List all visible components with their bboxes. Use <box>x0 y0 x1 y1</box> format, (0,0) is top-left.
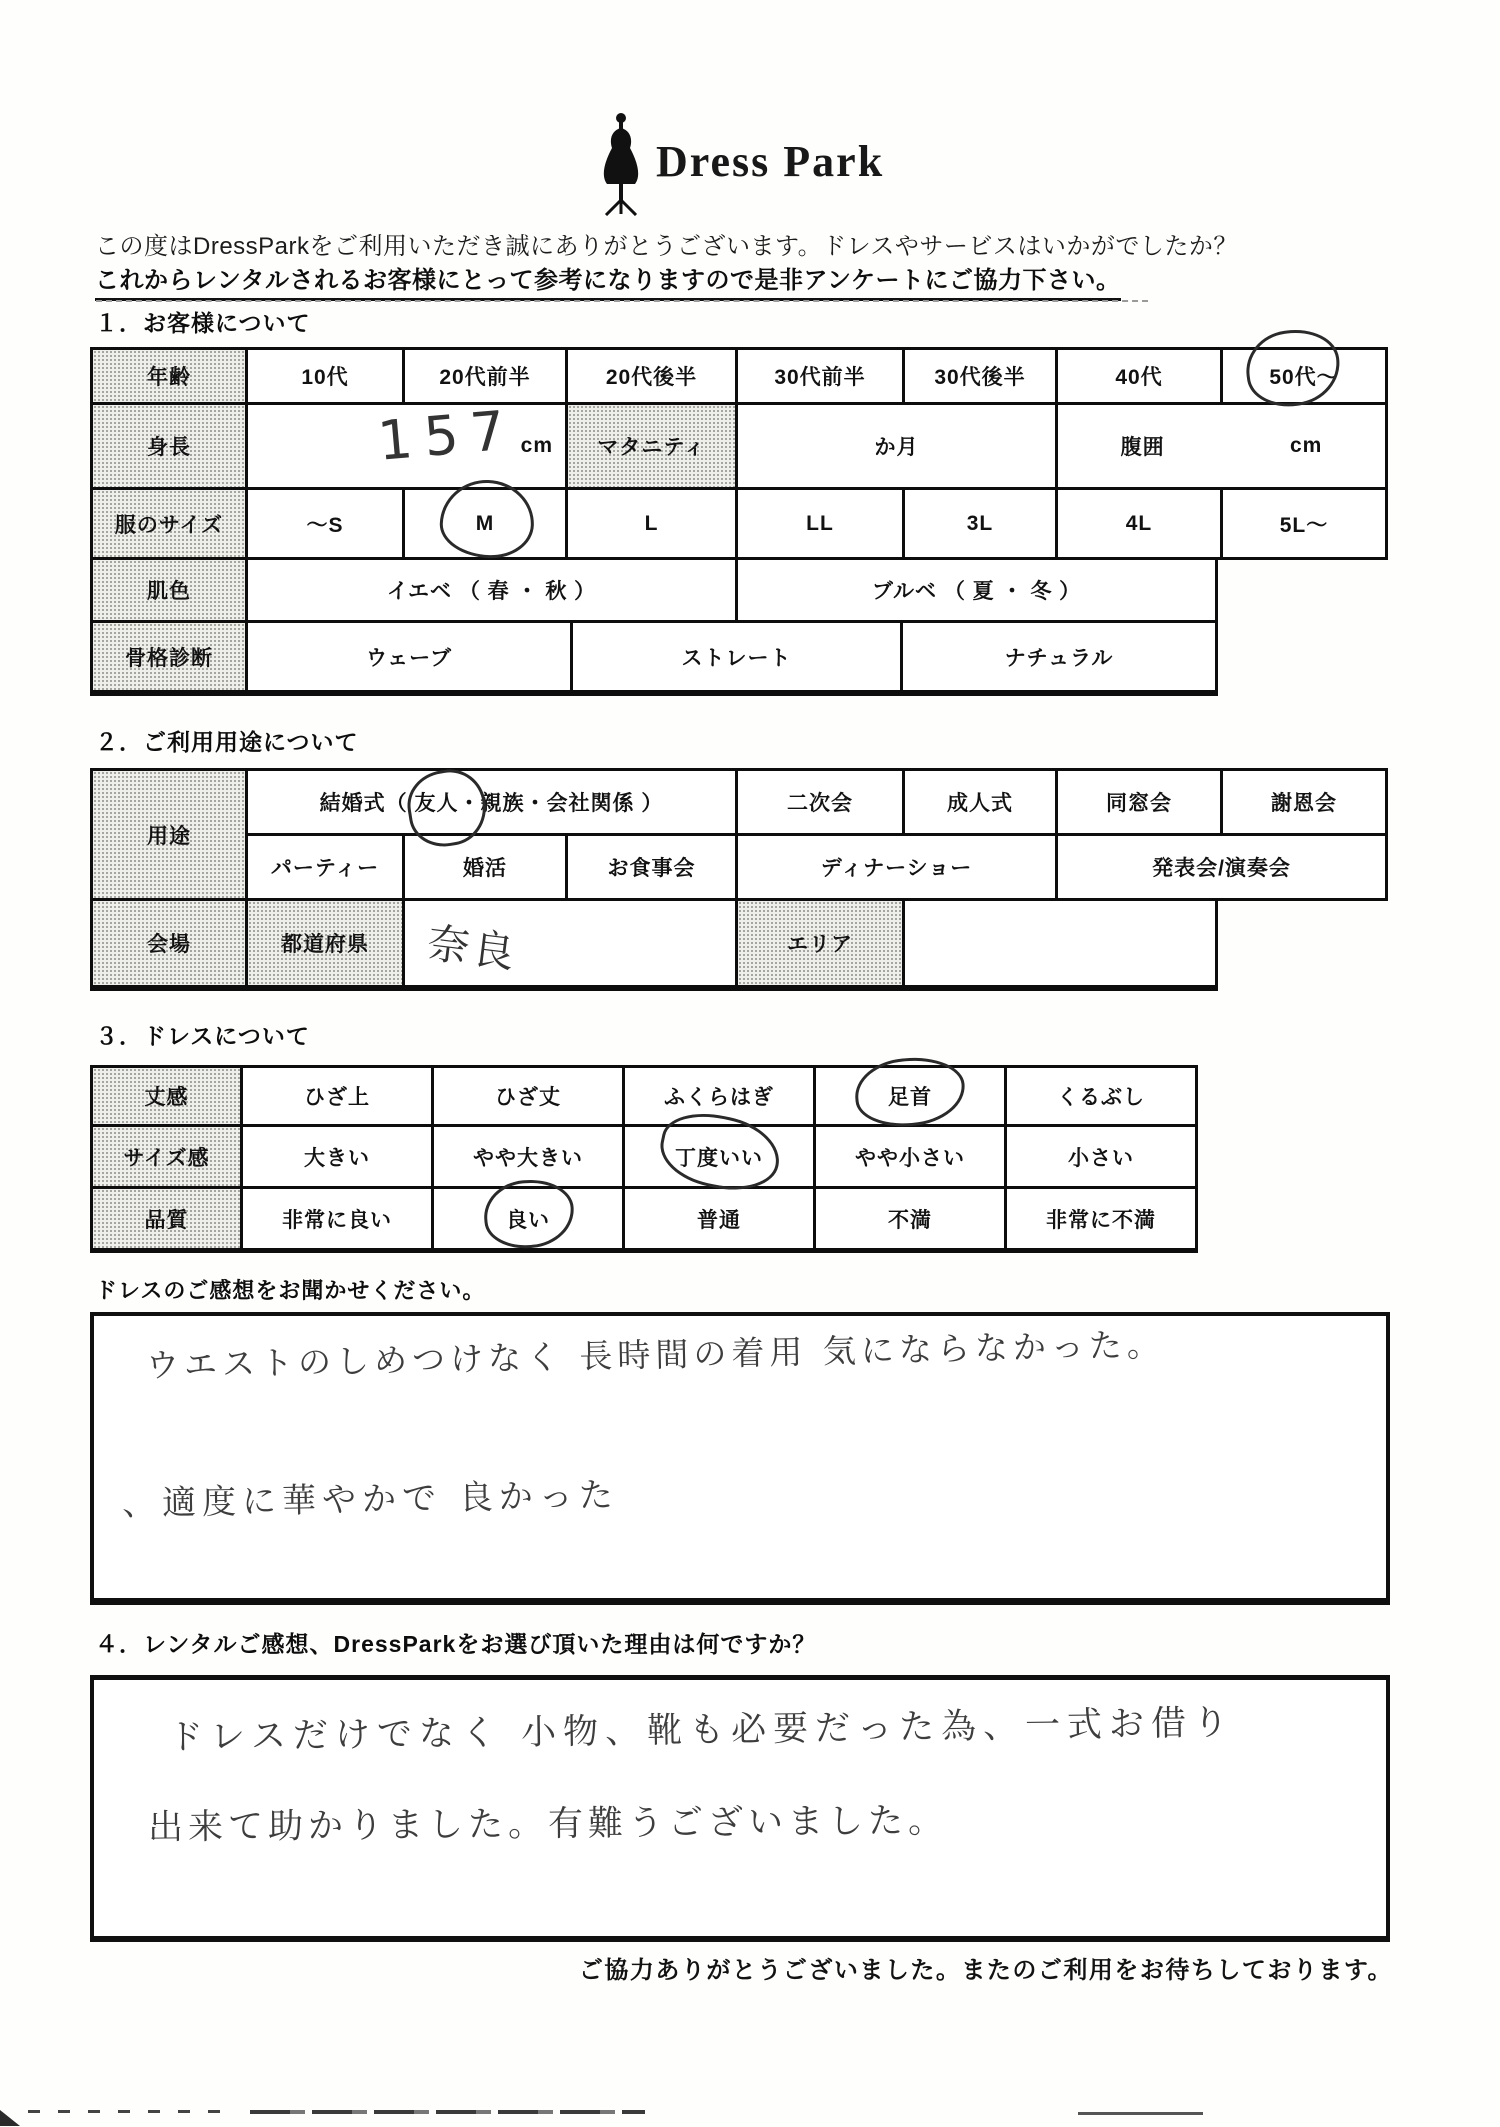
size-label: 服のサイズ <box>90 487 248 560</box>
intro-line-1: この度はDressParkをご利用いただき誠にありがとうございます。ドレスやサー… <box>95 226 1238 261</box>
maternity-label: マタニティ <box>565 402 738 490</box>
scan-artifact-line-right <box>1078 2112 1203 2115</box>
section1-heading: １．お客様について <box>95 305 311 338</box>
length-option-knee: ひざ丈 <box>431 1065 625 1127</box>
age-option-late20s: 20代後半 <box>565 347 738 405</box>
purpose-option-thanks-party: 謝恩会 <box>1220 768 1388 836</box>
purpose-option-recital: 発表会/演奏会 <box>1055 833 1388 901</box>
fit-label: サイズ感 <box>90 1124 243 1189</box>
skin-label: 肌色 <box>90 557 248 623</box>
skin-option-blue-base: ブルベ （ 夏 ・ 冬 ） <box>735 557 1218 623</box>
area-value-cell <box>902 898 1218 991</box>
purpose-option-reunion: 同窓会 <box>1055 768 1223 836</box>
brand-name: Dress Park <box>656 136 884 187</box>
scan-artifact-line-center <box>250 2110 645 2114</box>
skin-option-yellow-base: イエベ （ 春 ・ 秋 ） <box>245 557 738 623</box>
handwritten-height-value: 157 <box>375 398 519 473</box>
age-label: 年齢 <box>90 347 248 405</box>
scan-dashed-underline <box>96 300 1148 302</box>
fit-option-small: 小さい <box>1004 1124 1198 1189</box>
length-option-above-knee: ひざ上 <box>240 1065 434 1127</box>
dress-comment-label: ドレスのご感想をお聞かせください。 <box>95 1274 485 1305</box>
skeleton-option-straight: ストレート <box>570 620 903 696</box>
dress-comment-line-2: 、適度に華やかで 良かった <box>122 1467 620 1525</box>
fit-option-slightly-small: やや小さい <box>813 1124 1007 1189</box>
age-row: 年齢 10代 20代前半 20代後半 30代前半 30代後半 40代 50代～ <box>90 347 1388 405</box>
size-option-s: ～S <box>245 487 405 560</box>
intro-line-2: これからレンタルされるお客様にとって参考になりますので是非アンケートにご協力下さ… <box>95 260 1121 301</box>
venue-label: 会場 <box>90 898 248 991</box>
age-option-10s: 10代 <box>245 347 405 405</box>
age-option-40s: 40代 <box>1055 347 1223 405</box>
quality-option-very-good: 非常に良い <box>240 1186 434 1253</box>
dress-form-icon <box>598 112 644 216</box>
waist-label: 腹囲 <box>1121 431 1165 461</box>
skeleton-row: 骨格診断 ウェーブ ストレート ナチュラル <box>90 620 1218 696</box>
length-option-anklebone: くるぶし <box>1004 1065 1198 1127</box>
purpose-row-2: パーティー 婚活 お食事会 ディナーショー 発表会/演奏会 <box>245 833 1388 901</box>
waist-unit: cm <box>1290 434 1322 458</box>
skeleton-label: 骨格診断 <box>90 620 248 696</box>
size-option-4l: 4L <box>1055 487 1223 560</box>
skeleton-option-natural: ナチュラル <box>900 620 1218 696</box>
venue-row: 会場 都道府県 エリア <box>90 898 1218 991</box>
waist-cell: 腹囲 cm <box>1055 402 1388 490</box>
skin-row: 肌色 イエベ （ 春 ・ 秋 ） ブルベ （ 夏 ・ 冬 ） <box>90 557 1218 623</box>
size-option-3l: 3L <box>902 487 1058 560</box>
skeleton-option-wave: ウェーブ <box>245 620 573 696</box>
area-label: エリア <box>735 898 905 991</box>
survey-scan-page: Dress Park この度はDressParkをご利用いただき誠にありがとうご… <box>0 0 1500 2127</box>
purpose-option-afterparty: 二次会 <box>735 768 905 836</box>
age-option-early20s: 20代前半 <box>402 347 568 405</box>
length-label: 丈感 <box>90 1065 243 1127</box>
size-option-ll: LL <box>735 487 905 560</box>
size-option-5l: 5L～ <box>1220 487 1388 560</box>
height-unit: cm <box>521 434 553 458</box>
quality-label: 品質 <box>90 1186 243 1253</box>
quality-option-very-unsatisfied: 非常に不満 <box>1004 1186 1198 1253</box>
scan-artifact-dashes-left <box>28 2110 228 2113</box>
age-option-late30s: 30代後半 <box>902 347 1058 405</box>
fit-row: サイズ感 大きい やや大きい 丁度いい やや小さい 小さい <box>90 1124 1198 1189</box>
purpose-option-party: パーティー <box>245 833 405 901</box>
size-option-l: L <box>565 487 738 560</box>
maternity-months-cell: か月 <box>735 402 1058 490</box>
purpose-option-dining: お食事会 <box>565 833 738 901</box>
height-row: 身長 cm マタニティ か月 腹囲 cm <box>90 402 1388 490</box>
scan-artifact-corner <box>0 2110 20 2126</box>
section2-heading: ２．ご利用用途について <box>95 724 359 757</box>
height-label: 身長 <box>90 402 248 490</box>
length-row: 丈感 ひざ上 ひざ丈 ふくらはぎ 足首 くるぶし <box>90 1065 1198 1127</box>
purpose-option-dinner-show: ディナーショー <box>735 833 1058 901</box>
handwritten-prefecture-value: 奈良 <box>424 910 521 981</box>
age-option-early30s: 30代前半 <box>735 347 905 405</box>
prefecture-label: 都道府県 <box>245 898 405 991</box>
brand-logo: Dress Park <box>598 112 884 216</box>
purpose-label: 用途 <box>90 768 248 901</box>
quality-option-unsatisfied: 不満 <box>813 1186 1007 1253</box>
purpose-option-wedding: 結婚式（ 友人・親族・会社関係 ） <box>245 768 738 836</box>
section3-heading: ３．ドレスについて <box>95 1018 310 1051</box>
size-row: 服のサイズ ～S M L LL 3L 4L 5L～ <box>90 487 1388 560</box>
section4-heading: ４．レンタルご感想、DressParkをお選び頂いた理由は何ですか？ <box>95 1626 816 1659</box>
fit-option-big: 大きい <box>240 1124 434 1189</box>
quality-row: 品質 非常に良い 良い 普通 不満 非常に不満 <box>90 1186 1198 1253</box>
quality-option-normal: 普通 <box>622 1186 816 1253</box>
rental-comment-line-2: 出来て助かりました。有難うございました。 <box>148 1793 948 1850</box>
footer-note: ご協力ありがとうございました。またのご利用をお待ちしております。 <box>579 1950 1393 1985</box>
purpose-option-coming-of-age: 成人式 <box>902 768 1058 836</box>
